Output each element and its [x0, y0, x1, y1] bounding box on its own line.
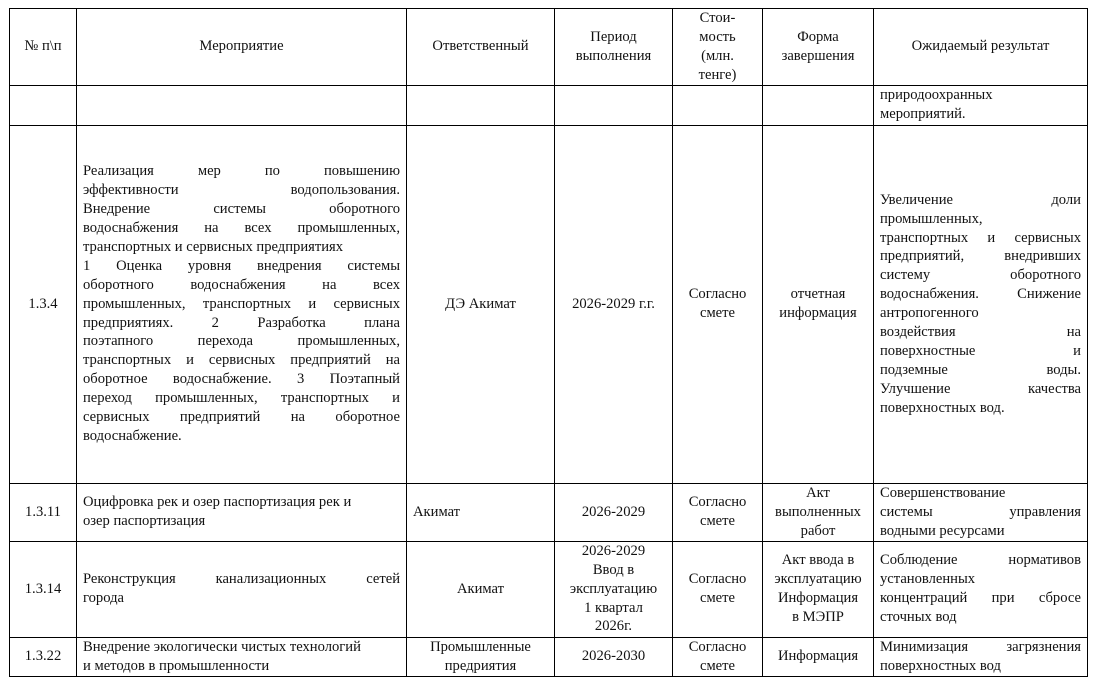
table-row-continuation: природоохранных мероприятий.	[10, 85, 1088, 125]
activity-line: переход промышленных, транспортных и	[83, 389, 400, 408]
cell-result: Минимизация загрязнения поверхностных во…	[874, 637, 1088, 676]
cell-responsible: Промышленные предриятия	[407, 637, 555, 676]
period-line: 2026-2029	[561, 503, 666, 522]
cell-activity: Оцифровка рек и озер паспортизация рек и…	[77, 483, 407, 541]
cell-num: 1.3.14	[10, 541, 77, 637]
table-row: 1.3.4 Реализация мер по повышению эффект…	[10, 125, 1088, 483]
form-line: Информация	[769, 589, 867, 608]
result-line: сточных вод	[880, 608, 1081, 627]
cell-cost	[673, 85, 763, 125]
cell-activity: Внедрение экологически чистых технологий…	[77, 637, 407, 676]
cost-line: Согласно	[679, 638, 756, 657]
activity-line: 1 Оценка уровня внедрения системы	[83, 257, 400, 276]
activity-line: Реконструкция канализационных сетей	[83, 570, 400, 589]
result-line: антропогенного	[880, 304, 1081, 323]
cost-line: смете	[679, 589, 756, 608]
activity-line: Внедрение экологически чистых технологий	[83, 638, 400, 657]
result-line: Улучшение качества	[880, 380, 1081, 399]
cell-responsible	[407, 85, 555, 125]
activity-line: Внедрение системы оборотного	[83, 200, 400, 219]
header-period: Период выполнения	[555, 9, 673, 86]
form-line: Информация	[769, 647, 867, 666]
header-num: № п\п	[10, 9, 77, 86]
activity-line: эффективности водопользования.	[83, 181, 400, 200]
cell-num: 1.3.22	[10, 637, 77, 676]
activity-line: транспортных и сервисных предприятий на	[83, 351, 400, 370]
cell-result: Совершенствование системы управления вод…	[874, 483, 1088, 541]
form-line: эксплуатацию	[769, 570, 867, 589]
action-plan-table: № п\п Мероприятие Ответственный Период в…	[9, 8, 1088, 677]
header-form: Форма завершения	[763, 9, 874, 86]
header-result: Ожидаемый результат	[874, 9, 1088, 86]
activity-line: сервисных предприятий на оборотное	[83, 408, 400, 427]
result-line: водоснабжения. Снижение	[880, 285, 1081, 304]
result-line: системы управления	[880, 503, 1081, 522]
cell-activity	[77, 85, 407, 125]
result-line: воздействия на	[880, 323, 1081, 342]
period-line: 2026г.	[561, 617, 666, 636]
cell-cost: Согласно смете	[673, 637, 763, 676]
cell-responsible: ДЭ Акимат	[407, 125, 555, 483]
cell-num: 1.3.4	[10, 125, 77, 483]
cell-form	[763, 85, 874, 125]
table-row: 1.3.11 Оцифровка рек и озер паспортизаци…	[10, 483, 1088, 541]
result-line: поверхностные и	[880, 342, 1081, 361]
cell-period: 2026-2029 Ввод в эксплуатацию 1 квартал …	[555, 541, 673, 637]
header-form-line: завершения	[769, 47, 867, 66]
cell-activity: Реконструкция канализационных сетей горо…	[77, 541, 407, 637]
cell-cost: Согласно смете	[673, 541, 763, 637]
form-line: работ	[769, 522, 867, 541]
cost-line: смете	[679, 512, 756, 531]
header-cost: Стои- мость (млн. тенге)	[673, 9, 763, 86]
header-form-line: Форма	[769, 28, 867, 47]
result-line: поверхностных вод.	[880, 399, 1081, 418]
activity-line: транспортных и сервисных предприятиях	[83, 238, 400, 257]
activity-line: предприятиях. 2 Разработка плана	[83, 314, 400, 333]
header-period-line: Период	[561, 28, 666, 47]
cell-result: Соблюдение нормативов установленных конц…	[874, 541, 1088, 637]
result-line: Минимизация загрязнения	[880, 638, 1081, 657]
result-line: Совершенствование	[880, 484, 1081, 503]
cell-form: Информация	[763, 637, 874, 676]
table-row: 1.3.22 Внедрение экологически чистых тех…	[10, 637, 1088, 676]
result-line: установленных	[880, 570, 1081, 589]
activity-line: оборотного водоснабжения на всех	[83, 276, 400, 295]
cell-period: 2026-2029	[555, 483, 673, 541]
cell-result: Увеличение доли промышленных, транспортн…	[874, 125, 1088, 483]
activity-line: озер паспортизация	[83, 512, 400, 531]
activity-line: и методов в промышленности	[83, 657, 400, 676]
result-line: предприятий, внедривших	[880, 247, 1081, 266]
form-line: Акт	[769, 484, 867, 503]
header-period-line: выполнения	[561, 47, 666, 66]
cell-period: 2026-2030	[555, 637, 673, 676]
cell-num: 1.3.11	[10, 483, 77, 541]
cell-responsible: Акимат	[407, 541, 555, 637]
result-line: Соблюдение нормативов	[880, 551, 1081, 570]
activity-line: оборотное водоснабжение. 3 Поэтапный	[83, 370, 400, 389]
responsible-line: Промышленные	[413, 638, 548, 657]
cell-responsible: Акимат	[407, 483, 555, 541]
header-cost-line: Стои-	[679, 9, 756, 28]
cell-activity: Реализация мер по повышению эффективност…	[77, 125, 407, 483]
cost-line: Согласно	[679, 285, 756, 304]
table-row: 1.3.14 Реконструкция канализационных сет…	[10, 541, 1088, 637]
period-line: эксплуатацию	[561, 580, 666, 599]
cell-period	[555, 85, 673, 125]
result-line: подземные воды.	[880, 361, 1081, 380]
result-line: концентраций при сбросе	[880, 589, 1081, 608]
cell-result: природоохранных мероприятий.	[874, 85, 1088, 125]
cost-line: смете	[679, 657, 756, 676]
responsible-line: предриятия	[413, 657, 548, 676]
period-line: 2026-2030	[561, 647, 666, 666]
result-line: транспортных и сервисных	[880, 229, 1081, 248]
activity-line: водоснабжение.	[83, 427, 400, 446]
result-line: систему оборотного	[880, 266, 1081, 285]
period-line: 2026-2029	[561, 542, 666, 561]
activity-line: промышленных, транспортных и сервисных	[83, 295, 400, 314]
form-line: Акт ввода в	[769, 551, 867, 570]
period-line: Ввод в	[561, 561, 666, 580]
header-cost-line: тенге)	[679, 66, 756, 85]
form-line: информация	[769, 304, 867, 323]
cell-cost: Согласно смете	[673, 483, 763, 541]
result-line: поверхностных вод	[880, 657, 1081, 676]
cell-num	[10, 85, 77, 125]
activity-line: поэтапного перехода промышленных,	[83, 332, 400, 351]
cost-line: смете	[679, 304, 756, 323]
period-line: 2026-2029 г.г.	[561, 295, 666, 314]
cost-line: Согласно	[679, 493, 756, 512]
table-header-row: № п\п Мероприятие Ответственный Период в…	[10, 9, 1088, 86]
cost-line: Согласно	[679, 570, 756, 589]
form-line: отчетная	[769, 285, 867, 304]
cell-cost: Согласно смете	[673, 125, 763, 483]
cell-form: Акт выполненных работ	[763, 483, 874, 541]
activity-line: водоснабжения на всех промышленных,	[83, 219, 400, 238]
header-responsible: Ответственный	[407, 9, 555, 86]
header-activity: Мероприятие	[77, 9, 407, 86]
period-line: 1 квартал	[561, 599, 666, 618]
result-line: природоохранных	[880, 86, 1081, 105]
result-line: водными ресурсами	[880, 522, 1081, 541]
form-line: выполненных	[769, 503, 867, 522]
cell-period: 2026-2029 г.г.	[555, 125, 673, 483]
result-line: мероприятий.	[880, 105, 1081, 124]
cell-form: Акт ввода в эксплуатацию Информация в МЭ…	[763, 541, 874, 637]
header-cost-line: мость	[679, 28, 756, 47]
result-line: промышленных,	[880, 210, 1081, 229]
activity-line: города	[83, 589, 400, 608]
activity-line: Оцифровка рек и озер паспортизация рек и	[83, 493, 400, 512]
form-line: в МЭПР	[769, 608, 867, 627]
header-cost-line: (млн.	[679, 47, 756, 66]
cell-form: отчетная информация	[763, 125, 874, 483]
result-line: Увеличение доли	[880, 191, 1081, 210]
activity-line: Реализация мер по повышению	[83, 162, 400, 181]
